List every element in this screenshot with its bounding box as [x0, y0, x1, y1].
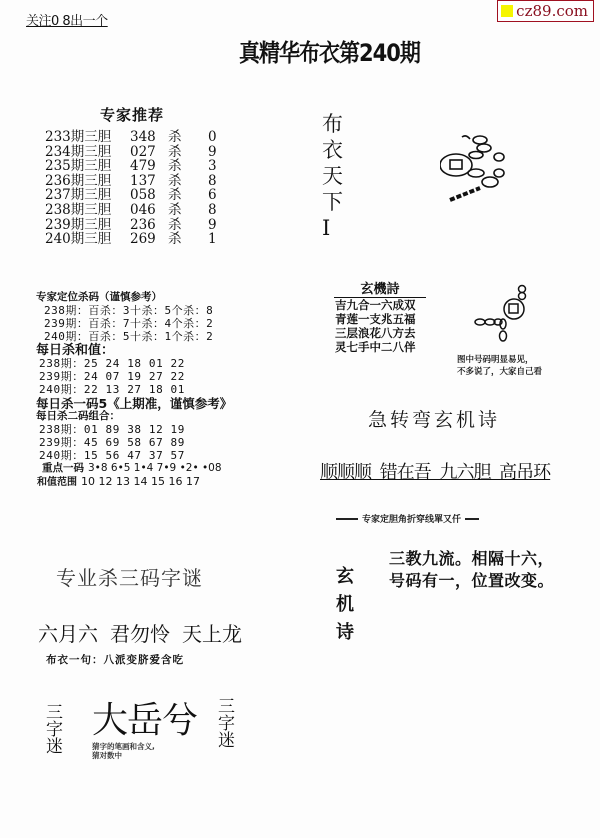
expert-recommend-table: 233期三胆348杀0 234期三胆027杀9 235期三胆479杀3 236期… [45, 130, 217, 247]
pro-kill-title: 专业杀三码字谜 [56, 562, 203, 591]
table-row: 235期三胆479杀3 [45, 159, 217, 174]
sharp-turn-line: 顺顺顺 错在吾 九六胆 高吊环 [320, 458, 550, 484]
daily-kill-two-line: 239期：45 69 58 67 89 [36, 436, 232, 449]
daily-sum-kill-line: 239期：24 07 19 27 22 [36, 370, 232, 383]
three-char-riddle: 大岳兮 [92, 692, 197, 743]
brand-label: cz89.com [516, 2, 588, 20]
sharp-turn-title: 急转弯玄机诗 [368, 405, 500, 432]
mystic-poem-vertical-title: 玄 机 诗 [336, 562, 354, 646]
xuanji-poem-title: 玄機詩 [334, 278, 426, 298]
xuanji-poem-box: 玄機詩 吉九合一六成双 青莲一支兆五福 三层浪花八方去 灵七手中二八伴 [332, 278, 430, 354]
daily-kill-two-line: 240期：15 56 47 37 57 [36, 449, 232, 462]
mystic-poem: 三教九流。相隔十六， 号码有一，位置改变。 [389, 548, 554, 592]
table-row: 233期三胆348杀0 [45, 130, 217, 145]
daily-kill-one: 每日杀一码5《上期准，谨慎参考》 [36, 397, 232, 410]
riddle-note: 猜字的笔画和含义,猜对数中 [92, 742, 162, 760]
coin-chain-doodle-icon [440, 132, 530, 202]
kill-code-block: 专家定位杀码（谨慎参考） 238期：百杀：3十杀：5个杀：8 239期：百杀：7… [36, 291, 232, 489]
daily-sum-kill-line: 240期：22 13 27 18 01 [36, 383, 232, 396]
table-row: 236期三胆137杀8 [45, 174, 217, 189]
page-title: 真精华布衣第240期 [239, 35, 420, 70]
daily-sum-kill-title: 每日杀和值： [36, 344, 232, 357]
buyi-tianxia-vertical: 布 衣 天 下 I [322, 112, 343, 242]
top-note: 关注0 8出一个 [26, 10, 108, 29]
coin-cross-doodle-icon [472, 284, 532, 344]
position-kill-title: 专家定位杀码（谨慎参考） [36, 291, 232, 304]
expert-recommend-title: 专家推荐 [100, 104, 164, 125]
position-kill-line: 238期：百杀：3十杀：5个杀：8 [36, 304, 232, 317]
position-kill-line: 240期：百杀：5十杀：1个杀：2 [36, 330, 232, 343]
table-row: 234期三胆027杀9 [45, 145, 217, 160]
expert-dash-line: 专家定胆角折穿线單又仟 [336, 512, 479, 525]
position-kill-line: 239期：百杀：7十杀：4个杀：2 [36, 317, 232, 330]
divider [336, 518, 358, 520]
sum-range: 和值范围10 12 13 14 15 16 17 [37, 475, 232, 489]
focus-one-code: 重点一码3•8 6•5 1•4 7•9 •2• •08 [42, 462, 232, 475]
daily-kill-two-line: 238期：01 89 38 12 19 [36, 423, 232, 436]
daily-sum-kill-line: 238期：25 24 18 01 22 [36, 357, 232, 370]
brand-square-icon [501, 5, 513, 17]
table-row: 237期三胆058杀6 [45, 188, 217, 203]
riddle-line: 六月六君勿怜天上龙 [38, 618, 254, 647]
brand-watermark[interactable]: cz89.com [497, 0, 594, 22]
buyi-one-line: 布衣一句：八派变脐爱含吃 [46, 652, 184, 667]
divider [465, 518, 479, 520]
table-row: 239期三胆236杀9 [45, 218, 217, 233]
image-caption: 图中号码明显易见， 不多说了，大家自己看 [457, 354, 542, 378]
three-char-label-right: 三字迷 [212, 697, 237, 748]
daily-kill-two-title: 每日杀二码组合： [36, 410, 232, 423]
three-char-label-left: 三字迷 [40, 703, 65, 754]
table-row: 238期三胆046杀8 [45, 203, 217, 218]
table-row: 240期三胆269杀1 [45, 232, 217, 247]
